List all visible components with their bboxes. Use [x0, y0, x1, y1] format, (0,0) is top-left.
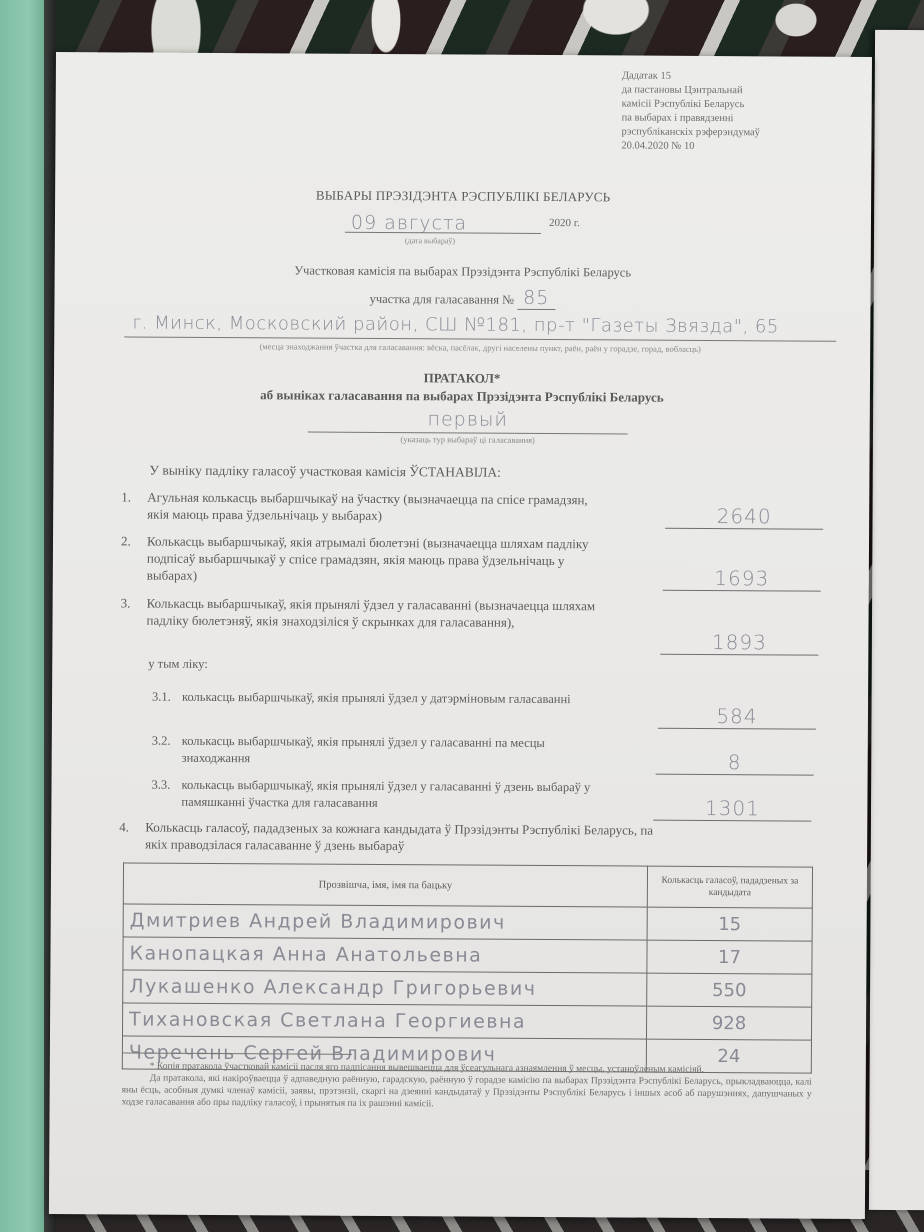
protocol-sheet: Дадатак 15 да пастановы Цэнтральнай камі… [49, 52, 872, 1219]
subitem-text: колькасць выбаршчыкаў, якія прынялі ўдзе… [182, 733, 612, 770]
location-caption: (месца знаходжання ўчастка для галасаван… [124, 340, 836, 354]
footnote: * Копія пратакола ўчастковай камісіі пас… [122, 1060, 812, 1112]
subitem-3-1-value-field: 584 [658, 704, 816, 730]
subitem-3-2: 3.2. колькасць выбаршчыкаў, якія прынялі… [152, 733, 612, 770]
footnote-paragraph: Да пратакола, які накіроўваецца ў адпаве… [122, 1072, 812, 1112]
subitem-3-3-value-field: 1301 [653, 796, 811, 822]
subitem-3-1: 3.1. колькасць выбаршчыкаў, якія прынялі… [152, 689, 612, 709]
item-text: Агульная колькасць выбаршчыкаў на ўчастк… [147, 489, 601, 526]
table-row: Дмитриев Андрей Владимирович 15 [123, 904, 812, 941]
precinct-number: 85 [517, 287, 555, 310]
candidates-table: Прозвішча, імя, імя па бацьку Колькасць … [122, 862, 813, 1073]
candidate-name: Лукашенко Александр Григорьевич [123, 970, 647, 1006]
table-header-row: Прозвішча, імя, імя па бацьку Колькасць … [123, 863, 812, 908]
wall-background [0, 0, 48, 1232]
adjacent-paper-sheet [869, 30, 924, 1210]
subitem-3-3-value: 1301 [705, 796, 760, 820]
election-year: 2020 г. [549, 217, 580, 229]
election-date-field: 09 августа 2020 г. (дата выбараў) [345, 212, 645, 238]
table-row: Канопацкая Анна Анатольевна 17 [123, 937, 812, 974]
precinct-label: участка для галасавання № [370, 292, 515, 307]
item-text: Колькасць выбаршчыкаў, якія прынялі ўдзе… [146, 595, 600, 632]
item-1: 1. Агульная колькасць выбаршчыкаў на ўча… [121, 488, 601, 525]
table-row: Тихановская Светлана Георгиевна 928 [122, 1003, 811, 1040]
candidate-name: Тихановская Светлана Георгиевна [122, 1003, 646, 1039]
item-4: 4. Колькасць галасоў, пададзеных за кожн… [119, 818, 659, 855]
item-number: 3. [121, 594, 131, 611]
location-value: г. Минск, Московский район, СШ №181, пр-… [132, 312, 779, 337]
item-number: 1. [121, 488, 131, 505]
table-row: Лукашенко Александр Григорьевич 550 [123, 970, 812, 1007]
subitem-number: 3.3. [151, 777, 170, 794]
annex-note: Дадатак 15 да пастановы Цэнтральнай камі… [621, 69, 862, 154]
candidate-name: Канопацкая Анна Анатольевна [123, 937, 647, 973]
annex-line: рэспубліканскіх рэферэндумаў [621, 125, 861, 140]
annex-line: па выбарах і правядзенні [622, 111, 862, 126]
annex-line: 20.04.2020 № 10 [621, 139, 861, 154]
item-text: Колькасць выбаршчыкаў, якія атрымалі бюл… [147, 533, 601, 587]
candidate-votes: 550 [647, 973, 812, 1007]
subitem-3-3: 3.3. колькасць выбаршчыкаў, якія прынялі… [151, 777, 611, 814]
candidate-votes: 17 [647, 940, 812, 974]
election-title: ВЫБАРЫ ПРЭЗІДЭНТА РЭСПУБЛІКІ БЕЛАРУСЬ [55, 186, 871, 207]
round-caption: (указаць тур выбараў ці галасавання) [308, 434, 628, 446]
round-field: первый [308, 408, 628, 435]
item-number: 2. [121, 532, 131, 549]
subitem-text: колькасць выбаршчыкаў, якія прынялі ўдзе… [182, 689, 612, 709]
commission-name: Участковая камісія па выбарах Прэзідэнта… [55, 262, 871, 282]
candidate-name: Дмитриев Андрей Владимирович [123, 904, 647, 940]
annex-line: камісіі Рэспублікі Беларусь [622, 97, 862, 112]
item-3-value: 1893 [712, 630, 767, 654]
item-text: Колькасць галасоў, пададзеных за кожнага… [145, 819, 659, 856]
subitem-3-2-value: 8 [728, 750, 742, 774]
protocol-subtitle: аб выніках галасавання па выбарах Прэзід… [54, 386, 870, 407]
subitem-3-1-value: 584 [716, 704, 757, 728]
candidate-votes: 928 [646, 1006, 811, 1040]
subitem-text: колькасць выбаршчыкаў, якія прынялі ўдзе… [181, 777, 611, 814]
candidate-votes: 15 [647, 907, 812, 941]
item-2-value: 1693 [714, 566, 769, 590]
column-header-votes: Колькасць галасоў, пададзеных за кандыда… [647, 866, 812, 908]
annex-line: да пастановы Цэнтральнай [622, 83, 862, 98]
column-header-name: Прозвішча, імя, імя па бацьку [123, 863, 647, 907]
item-2: 2. Колькасць выбаршчыкаў, якія атрымалі … [121, 532, 601, 586]
subitem-3-2-value-field: 8 [656, 750, 814, 776]
location-field: г. Минск, Московский район, СШ №181, пр-… [124, 314, 836, 341]
item-1-value: 2640 [717, 504, 772, 528]
including-label: у тым ліку: [148, 657, 208, 672]
date-caption: (дата выбараў) [405, 236, 455, 245]
annex-line: Дадатак 15 [622, 69, 862, 84]
item-3: 3. Колькасць выбаршчыкаў, якія прынялі ў… [120, 594, 600, 631]
subitem-number: 3.2. [152, 733, 171, 750]
precinct-line: участка для галасавання № 85 [54, 284, 870, 311]
item-number: 4. [119, 818, 129, 835]
item-3-value-field: 1893 [660, 630, 818, 656]
established-heading: У выніку падліку галасоў участковая камі… [149, 463, 501, 481]
subitem-number: 3.1. [152, 689, 171, 706]
item-1-value-field: 2640 [665, 504, 823, 530]
item-2-value-field: 1693 [663, 566, 821, 592]
round-value: первый [428, 408, 508, 430]
